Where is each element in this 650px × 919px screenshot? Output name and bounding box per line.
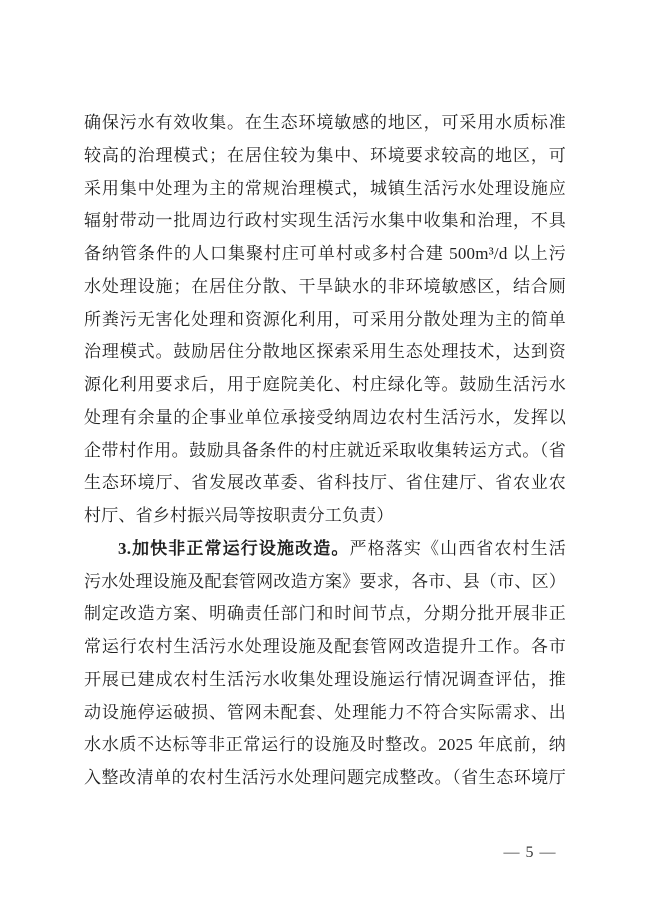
text-line: 制定改造方案、明确责任部门和时间节点，分期分批开展非正 [84,598,566,631]
text-line: 动设施停运破损、管网未配套、处理能力不符合实际需求、出 [84,697,566,730]
text-line: 企带村作用。鼓励具备条件的村庄就近采取收集转运方式。（省 [84,435,566,468]
text-line: 较高的治理模式；在居住较为集中、环境要求较高的地区，可 [84,140,566,173]
text-line: 确保污水有效收集。在生态环境敏感的地区，可采用水质标准 [84,107,566,140]
text-line: 所粪污无害化处理和资源化利用，可采用分散处理为主的简单 [84,304,566,337]
text-line: 生态环境厅、省发展改革委、省科技厅、省住建厅、省农业农 [84,467,566,500]
text-line: 采用集中处理为主的常规治理模式，城镇生活污水处理设施应 [84,173,566,206]
text-line: 处理有余量的企事业单位承接受纳周边农村生活污水，发挥以 [84,402,566,435]
text-line: 村厅、省乡村振兴局等按职责分工负责） [84,500,566,533]
text-line: 入整改清单的农村生活污水处理问题完成整改。（省生态环境厅 [84,762,566,795]
text-line: 污水处理设施及配套管网改造方案》要求，各市、县（市、区） [84,566,566,599]
text-line: 开展已建成农村生活污水收集处理设施运行情况调查评估，推 [84,664,566,697]
text-line: 治理模式。鼓励居住分散地区探索采用生态处理技术，达到资 [84,336,566,369]
document-page: 确保污水有效收集。在生态环境敏感的地区，可采用水质标准 较高的治理模式；在居住较… [0,0,650,919]
body-text: 确保污水有效收集。在生态环境敏感的地区，可采用水质标准 较高的治理模式；在居住较… [84,107,566,795]
text-line: 水水质不达标等非正常运行的设施及时整改。2025 年底前，纳 [84,729,566,762]
text-line: 源化利用要求后，用于庭院美化、村庄绿化等。鼓励生活污水 [84,369,566,402]
section-heading: 3.加快非正常运行设施改造。 [118,539,349,558]
text-line: 常运行农村生活污水处理设施及配套管网改造提升工作。各市 [84,631,566,664]
page-number: — 5 — [492,841,568,865]
text-line: 水处理设施；在居住分散、干旱缺水的非环境敏感区，结合厕 [84,271,566,304]
text-line: 备纳管条件的人口集聚村庄可单村或多村合建 500m³/d 以上污 [84,238,566,271]
section-heading-tail: 严格落实《山西省农村生活 [349,539,566,558]
text-line: 辐射带动一批周边行政村实现生活污水集中收集和治理，不具 [84,205,566,238]
section-heading-line: 3.加快非正常运行设施改造。严格落实《山西省农村生活 [84,533,566,566]
